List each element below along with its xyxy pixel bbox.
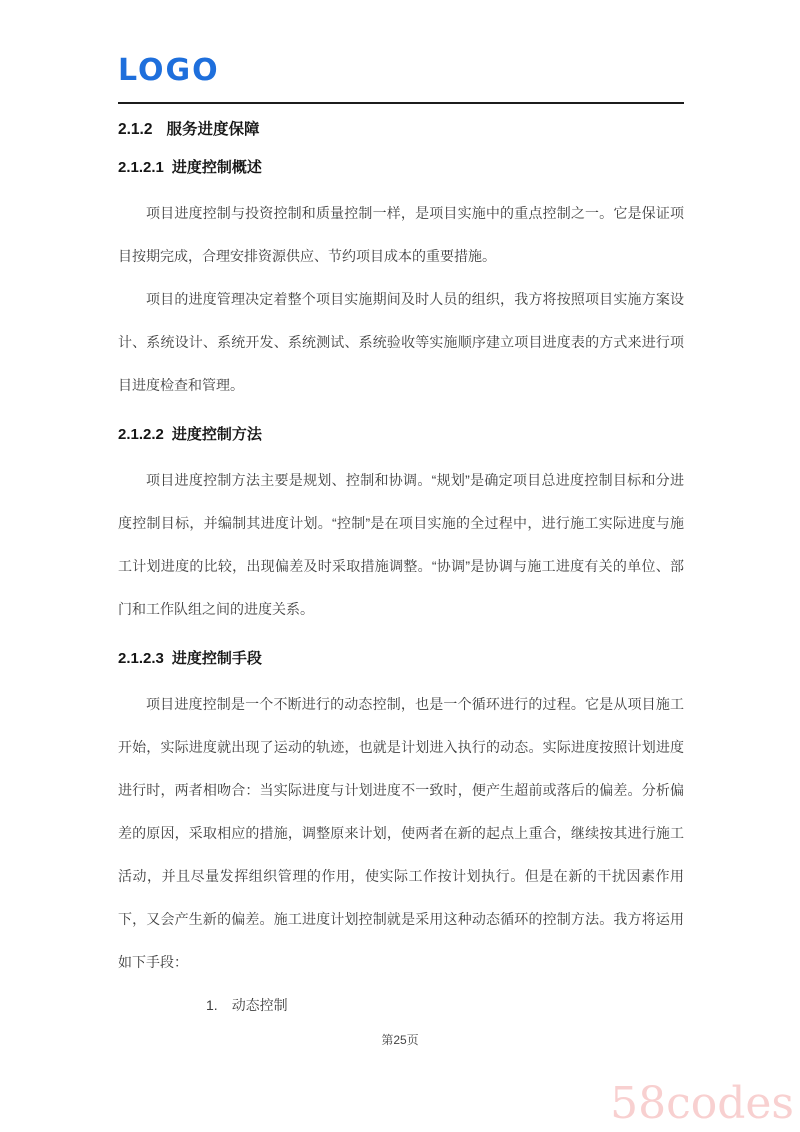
- document-page: LOGO 2.1.2服务进度保障 2.1.2.1进度控制概述 项目进度控制与投资…: [0, 0, 800, 1132]
- subheading-number: 2.1.2.2: [118, 426, 164, 443]
- paragraph: 项目进度控制是一个不断进行的动态控制，也是一个循环进行的过程。它是从项目施工开始…: [118, 683, 684, 984]
- subheading-number: 2.1.2.1: [118, 159, 164, 176]
- section-schedule-control-overview: 2.1.2.1进度控制概述 项目进度控制与投资控制和质量控制一样，是项目实施中的…: [118, 158, 684, 407]
- paragraph: 项目进度控制方法主要是规划、控制和协调。“规划”是确定项目总进度控制目标和分进度…: [118, 459, 684, 631]
- subheading-title: 进度控制手段: [172, 650, 262, 667]
- watermark-text: 58codes: [610, 1082, 794, 1126]
- subheading-schedule-control-methods: 2.1.2.2进度控制方法: [118, 425, 684, 445]
- heading-service-schedule-guarantee: 2.1.2服务进度保障: [118, 120, 684, 140]
- subheading-title: 进度控制方法: [172, 426, 262, 443]
- page-content: LOGO 2.1.2服务进度保障 2.1.2.1进度控制概述 项目进度控制与投资…: [118, 0, 684, 1018]
- heading-number: 2.1.2: [118, 121, 152, 138]
- section-schedule-control-means: 2.1.2.3进度控制手段 项目进度控制是一个不断进行的动态控制，也是一个循环进…: [118, 649, 684, 1018]
- header-divider: [118, 102, 684, 104]
- page-number: 第25页: [0, 1030, 800, 1050]
- subheading-number: 2.1.2.3: [118, 650, 164, 667]
- subheading-schedule-control-overview: 2.1.2.1进度控制概述: [118, 158, 684, 178]
- list-item-label: 动态控制: [232, 997, 288, 1013]
- company-logo: LOGO: [118, 54, 684, 88]
- section-schedule-control-methods: 2.1.2.2进度控制方法 项目进度控制方法主要是规划、控制和协调。“规划”是确…: [118, 425, 684, 631]
- paragraph: 项目的进度管理决定着整个项目实施期间及时人员的组织，我方将按照项目实施方案设计、…: [118, 278, 684, 407]
- subheading-schedule-control-means: 2.1.2.3进度控制手段: [118, 649, 684, 669]
- paragraph: 项目进度控制与投资控制和质量控制一样，是项目实施中的重点控制之一。它是保证项目按…: [118, 192, 684, 278]
- list-item-marker: 1.: [206, 997, 218, 1013]
- subheading-title: 进度控制概述: [172, 159, 262, 176]
- heading-title: 服务进度保障: [166, 121, 259, 138]
- list-item-dynamic-control: 1.动态控制: [118, 992, 684, 1018]
